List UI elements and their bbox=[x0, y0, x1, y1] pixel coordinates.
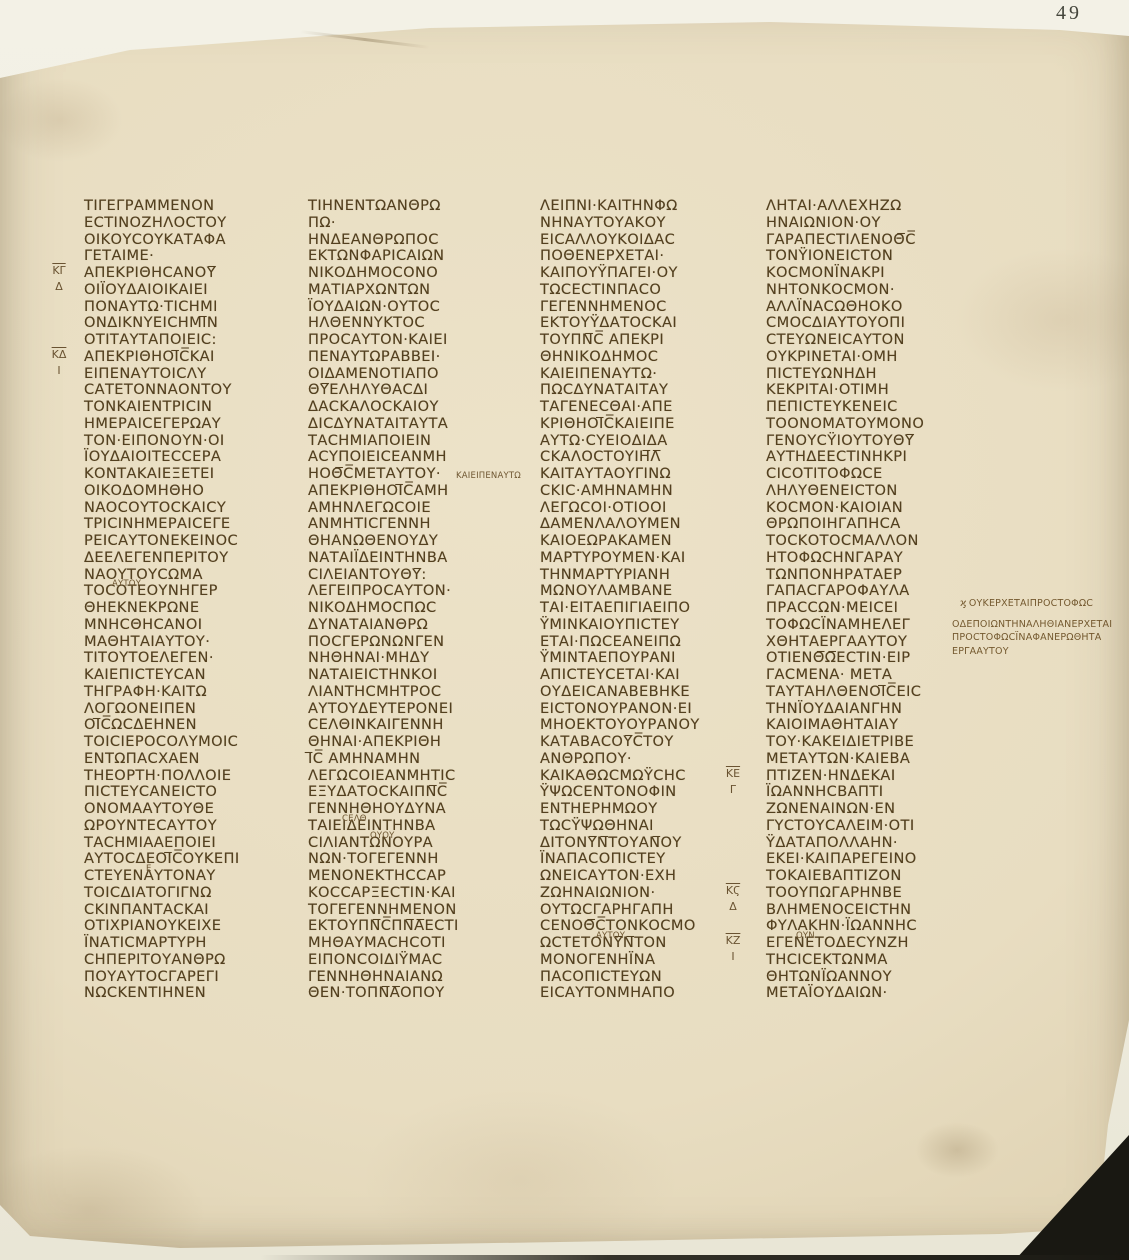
canon-number: Δ bbox=[718, 899, 748, 915]
text-line: ΠΙCΤΕΥΩΝΗΔΗ bbox=[766, 366, 976, 383]
text-line: ΗΝΑΙΩΝΙΟΝ·ΟΥ bbox=[766, 215, 976, 232]
text-line: CΙΛΙΑΝΤΩΝΟΥΡΑΟΥΟΥ bbox=[308, 835, 518, 852]
interlinear-correction: ΑΥΤΟΥ bbox=[596, 928, 625, 945]
text-line: CΚΙΝΠΑΝΤΑCΚΑΙ bbox=[84, 902, 294, 919]
text-line: ΑΠΕΚΡΙΘΗCΑΝΟΥ̅ bbox=[84, 265, 294, 282]
text-line: ΠΤΙΖΕΝ·ΗΝΔΕΚΑΙ bbox=[766, 768, 976, 785]
text-line: ΟΝΟΜΑΑΥΤΟΥΘΕ bbox=[84, 801, 294, 818]
text-line: ΔΑCΚΑΛΟCΚΑΙΟΥ bbox=[308, 399, 518, 416]
text-line: CΜΟCΔΙΑΥΤΟΥΟΠΙ bbox=[766, 315, 976, 332]
text-line: ΜΑΘΗΤΑΙΑΥΤΟΥ· bbox=[84, 634, 294, 651]
text-line: ΟΤΙΕΝΘ̅Ω̅ΕCΤΙΝ·ΕΙΡ bbox=[766, 650, 976, 667]
text-line: ΑΥΤΟCΔΕΟΙ̅C̅ΟΥΚΕΠΙ bbox=[84, 851, 294, 868]
text-line: ΚΑΙΕΙΠΕΝΑΥΤΩ· bbox=[540, 366, 750, 383]
text-line: ΜΗΘΑΥΜΑCΗCΟΤΙ bbox=[308, 935, 518, 952]
text-line: ΤΡΙCΙΝΗΜΕΡΑΙCΕΓΕ bbox=[84, 516, 294, 533]
text-line: ΤΙΤΟΥΤΟΕΛΕΓΕΝ· bbox=[84, 650, 294, 667]
text-line: ΤΩCΫΨΩΘΗΝΑΙ bbox=[540, 818, 750, 835]
text-line: ΤΙΗΝΕΝΤΩΑΝΘΡΩ bbox=[308, 198, 518, 215]
eusebian-section-mark: ΚΖΙ bbox=[718, 933, 748, 965]
text-line: ΝΑΟCΟΥΤΟCΚΑΙCΥ bbox=[84, 500, 294, 517]
text-line: ΡΕΙCΑΥΤΟΝΕΚΕΙΝΟC bbox=[84, 533, 294, 550]
text-line: ΓΕΝΝΗΘΗΟΥΔΥΝΑ bbox=[308, 801, 518, 818]
text-line: ΓΕΓΕΝΝΗΜΕΝΟC bbox=[540, 299, 750, 316]
insertion-mark: ϗ bbox=[960, 598, 967, 609]
manuscript-photograph: 49 ΤΙΓΕΓΡΑΜΜΕΝΟΝΕCΤΙΝΟΖΗΛΟCΤΟΥΟΙΚΟΥCΟΥΚΑ… bbox=[0, 0, 1129, 1260]
text-line: ΝΩΝ·ΤΟΓΕΓΕΝΝΗ bbox=[308, 851, 518, 868]
text-line: ΑΜΗΝΛΕΓΩCΟΙΕ bbox=[308, 500, 518, 517]
text-line: ΕΙCΑΛΛΟΥΚΟΙΔΑC bbox=[540, 232, 750, 249]
text-line: ΗΝΔΕΑΝΘΡΩΠΟC bbox=[308, 232, 518, 249]
text-line: ΜΕΤΑΪΟΥΔΑΙΩΝ· bbox=[766, 985, 976, 1002]
text-line: CΚΑΛΟCΤΟΥΙΗ̅Λ̅ bbox=[540, 449, 750, 466]
text-line: ΝΑΤΑΙΪΔΕΙΝΤΗΝΒΑ bbox=[308, 550, 518, 567]
text-line: ΪΝΑΤΙCΜΑΡΤΥΡΗ bbox=[84, 935, 294, 952]
text-line: ΑΥΤΟΥΔΕΥΤΕΡΟΝΕΙ bbox=[308, 701, 518, 718]
text-line: ΤΑΙ·ΕΙΤΑΕΠΙΓΙΑΕΙΠΟ bbox=[540, 600, 750, 617]
text-line: ΠΙCΤΕΥCΑΝΕΙCΤΟ bbox=[84, 784, 294, 801]
text-line: ΛΕΓΩCΟΙΕΑΝΜΗΤΙC bbox=[308, 768, 518, 785]
eusebian-section-mark: ΚΓΔ bbox=[44, 263, 74, 295]
interlinear-correction: Ε bbox=[146, 861, 152, 878]
text-line: ΤΟΝ·ΕΙΠΟΝΟΥΝ·ΟΙ bbox=[84, 433, 294, 450]
text-line: ΑΛΛΪΝΑCΩΘΗΟΚΟ bbox=[766, 299, 976, 316]
text-line: ΚΕΚΡΙΤΑΙ·ΟΤΙΜΗ bbox=[766, 382, 976, 399]
section-number: ΚΔ bbox=[44, 347, 74, 363]
text-line: ΚΑΙΟΕΩΡΑΚΑΜΕΝ bbox=[540, 533, 750, 550]
text-line: CΕΛΘΙΝΚΑΙΓΕΝΝΗ bbox=[308, 717, 518, 734]
text-line: ΤΙΓΕΓΡΑΜΜΕΝΟΝ bbox=[84, 198, 294, 215]
corrector-note-line: ΟΔΕΠΟΙΩΝΤΗΝΑΛΗΘΙΑΝΕΡΧΕΤΑΙ bbox=[952, 618, 1128, 632]
text-line: ΖΩΝΕΝΑΙΝΩΝ·ΕΝ bbox=[766, 801, 976, 818]
text-line: ΑΠΙCΤΕΥCΕΤΑΙ·ΚΑΙ bbox=[540, 667, 750, 684]
text-line: ΚΟCCΑΡΞΕCΤΙΝ·ΚΑΙ bbox=[308, 885, 518, 902]
text-line: ΟΤΙΧΡΙΑΝΟΥΚΕΙΧΕ bbox=[84, 918, 294, 935]
text-line: ΟΙ̅C̅ΩCΔΕΗΝΕΝ bbox=[84, 717, 294, 734]
text-line: ΑCΥΠΟΙΕΙCΕΑΝΜΗ bbox=[308, 449, 518, 466]
interlinear-correction: ΟΥΟΥ bbox=[370, 828, 395, 845]
text-line: ΟΥΚΡΙΝΕΤΑΙ·ΟΜΗ bbox=[766, 349, 976, 366]
text-line: ΕΝΤΩΠΑCΧΑΕΝ bbox=[84, 751, 294, 768]
text-line: ΝΗΘΗΝΑΙ·ΜΗΔΥ bbox=[308, 650, 518, 667]
photo-background-edge bbox=[260, 1255, 1129, 1260]
text-line: ΤΑΓΕΝΕCΘΑΙ·ΑΠΕ bbox=[540, 399, 750, 416]
text-line: ΜΗΟΕΚΤΟΥΟΥΡΑΝΟΥ bbox=[540, 717, 750, 734]
canon-number: Γ bbox=[718, 782, 748, 798]
text-line: ΤΟΝΫΙΟΝΕΙCΤΟΝ bbox=[766, 248, 976, 265]
text-line: ΝΗΝΑΥΤΟΥΑΚΟΥ bbox=[540, 215, 750, 232]
corrector-note-line: ΠΡΟCΤΟΦΩCΪΝΑΦΑΝΕΡΩΘΗΤΑ bbox=[952, 631, 1128, 645]
text-line: ΚΑΙΠΟΥΫΠΑΓΕΙ·ΟΥ bbox=[540, 265, 750, 282]
text-line: ΓΥCΤΟΥCΑΛΕΙΜ·ΟΤΙ bbox=[766, 818, 976, 835]
text-line: CΚΙC·ΑΜΗΝΑΜΗΝ bbox=[540, 483, 750, 500]
text-line: ΗΛΘΕΝΝΥΚΤΟC bbox=[308, 315, 518, 332]
text-line: ΗΜΕΡΑΙCΕΓΕΡΩΑΥ bbox=[84, 416, 294, 433]
text-line: ΝΙΚΟΔΗΜΟCΠΩC bbox=[308, 600, 518, 617]
text-line: ΒΛΗΜΕΝΟCΕΙCΤΗΝ bbox=[766, 902, 976, 919]
text-line: ΟΙΪΟΥΔΑΙΟΙΚΑΙΕΙ bbox=[84, 282, 294, 299]
text-line: ΤΟΥ·ΚΑΚΕΙΔΙΕΤΡΙΒΕ bbox=[766, 734, 976, 751]
text-line: Ι̅C̅ ΑΜΗΝΑΜΗΝ bbox=[308, 751, 518, 768]
text-line: ΤΗΝΜΑΡΤΥΡΙΑΝΗ bbox=[540, 567, 750, 584]
text-column-3: ΛΕΙΠΝΙ·ΚΑΙΤΗΝΦΩΝΗΝΑΥΤΟΥΑΚΟΥΕΙCΑΛΛΟΥΚΟΙΔΑ… bbox=[540, 198, 750, 1002]
text-line: CΙCΟΤΙΤΟΦΩCΕ bbox=[766, 466, 976, 483]
text-line: ΛΕΓΩCΟΙ·ΟΤΙΟΟΙ bbox=[540, 500, 750, 517]
text-line: ΟΤΙΤΑΥΤΑΠΟΙΕΙC: bbox=[84, 332, 294, 349]
text-line: ΕΚΕΙ·ΚΑΙΠΑΡΕΓΕΙΝΟ bbox=[766, 851, 976, 868]
text-line: ΠΟCΓΕΡΩΝΩΝΓΕΝ bbox=[308, 634, 518, 651]
text-line: ΫΜΙΝΤΑΕΠΟΥΡΑΝΙ bbox=[540, 650, 750, 667]
text-line: ΕΚΤΩΝΦΑΡΙCΑΙΩΝ bbox=[308, 248, 518, 265]
text-line: ΠΩ· bbox=[308, 215, 518, 232]
text-line: ΗΤΟΦΩCΗΝΓΑΡΑΥ bbox=[766, 550, 976, 567]
text-line: ΤΑCΗΜΙΑΠΟΙΕΙΝ bbox=[308, 433, 518, 450]
text-line: ΪΟΥΔΑΙΩΝ·ΟΥΤΟC bbox=[308, 299, 518, 316]
text-line: ΑΠΕΚΡΙΘΗΟΙ̅C̅ΚΑΙ bbox=[84, 349, 294, 366]
text-line: ΠΡΟCΑΥΤΟΝ·ΚΑΙΕΙ bbox=[308, 332, 518, 349]
text-line: ΘΡΩΠΟΙΗΓΑΠΗCΑ bbox=[766, 516, 976, 533]
text-line: ΚΟCΜΟΝΪΝΑΚΡΙ bbox=[766, 265, 976, 282]
canon-number: Ι bbox=[718, 949, 748, 965]
text-line: ΓΑCΜΕΝΑ· ΜΕΤΑ bbox=[766, 667, 976, 684]
text-column-2: ΤΙΗΝΕΝΤΩΑΝΘΡΩΠΩ·ΗΝΔΕΑΝΘΡΩΠΟCΕΚΤΩΝΦΑΡΙCΑΙ… bbox=[308, 198, 518, 1002]
text-line: ΓΕΝΝΗΘΗΝΑΙΑΝΩ bbox=[308, 969, 518, 986]
section-number: ΚΓ bbox=[44, 263, 74, 279]
text-line: ΤΗΝΪΟΥΔΑΙΑΝΓΗΝ bbox=[766, 701, 976, 718]
text-line: ΚΡΙΘΗΟΙ̅C̅ΚΑΙΕΙΠΕ bbox=[540, 416, 750, 433]
text-line: ΛΕΙΠΝΙ·ΚΑΙΤΗΝΦΩ bbox=[540, 198, 750, 215]
text-line: ΗΟΘ̅C̅ΜΕΤΑΥΤΟΥ·ΚΑΙΕΙΠΕΝΑΥΤΩ bbox=[308, 466, 518, 483]
text-line: CΤΕΥΩΝΕΙCΑΥΤΟΝ bbox=[766, 332, 976, 349]
text-line: ΤΑCΗΜΙΑΑΕΠΟΙΕΙ bbox=[84, 835, 294, 852]
text-line: ΪΝΑΠΑCΟΠΙCΤΕΥ bbox=[540, 851, 750, 868]
text-line: ΝΑΤΑΙΕΙCΤΗΝΚΟΙ bbox=[308, 667, 518, 684]
text-line: ΚΑΙΤΑΥΤΑΟΥΓΙΝΩ bbox=[540, 466, 750, 483]
text-line: ΤΗΕΟΡΤΗ·ΠΟΛΛΟΙΕ bbox=[84, 768, 294, 785]
text-line: ΤΟCΚΟΤΟCΜΑΛΛΟΝ bbox=[766, 533, 976, 550]
text-line: ΟΝΔΙΚΝΥΕΙCΗΜΙ̅Ν bbox=[84, 315, 294, 332]
text-line: ΠΑCΟΠΙCΤΕΥΩΝ bbox=[540, 969, 750, 986]
text-line: ΑΥΤΩ·CΥΕΙΟΔΙΔΑ bbox=[540, 433, 750, 450]
text-line: CΗΠΕΡΙΤΟΥΑΝΘΡΩ bbox=[84, 952, 294, 969]
folio-page-number: 49 bbox=[1056, 2, 1082, 25]
eusebian-section-mark: ΚΕΓ bbox=[718, 766, 748, 798]
text-line: ΠΩCΔΥΝΑΤΑΙΤΑΥ bbox=[540, 382, 750, 399]
text-line: ΧΘΗΤΑΕΡΓΑΑΥΤΟΥ bbox=[766, 634, 976, 651]
text-line: ΔΕΕΛΕΓΕΝΠΕΡΙΤΟΥ bbox=[84, 550, 294, 567]
text-line: ΕΙΠΟΝCΟΙΔΙΫΜΑC bbox=[308, 952, 518, 969]
section-number: ΚΕ bbox=[718, 766, 748, 782]
text-line: ΜΕΝΟΝΕΚΤΗCCΑΡ bbox=[308, 868, 518, 885]
text-line: ΑΝΜΗΤΙCΓΕΝΝΗ bbox=[308, 516, 518, 533]
text-column-4: ΛΗΤΑΙ·ΑΛΛΕΧΗΖΩΗΝΑΙΩΝΙΟΝ·ΟΥΓΑΡΑΠΕCΤΙΛΕΝΟΘ… bbox=[766, 198, 976, 1002]
canon-number: Ι bbox=[44, 363, 74, 379]
section-number: ΚΖ bbox=[718, 933, 748, 949]
text-line: ΕΓΕΝΕΤΟΔΕCΥΝΖΗΟΥΝ bbox=[766, 935, 976, 952]
text-line: ΕΞΥΔΑΤΟCΚΑΙΠΝ̅C̅ bbox=[308, 784, 518, 801]
eusebian-section-mark: ΚϚΔ bbox=[718, 883, 748, 915]
text-line: ΓΕΝΟΥCΫΙΟΥΤΟΥΘΥ̅ bbox=[766, 433, 976, 450]
text-line: ΕΚΤΟΥΫΔΑΤΟCΚΑΙ bbox=[540, 315, 750, 332]
text-line: ΜΩΝΟΥΛΑΜΒΑΝΕ bbox=[540, 583, 750, 600]
text-line: ΔΙCΔΥΝΑΤΑΙΤΑΥΤΑ bbox=[308, 416, 518, 433]
text-line: ΛΕΓΕΙΠΡΟCΑΥΤΟΝ· bbox=[308, 583, 518, 600]
text-line: ΤΟΚΑΙΕΒΑΠΤΙΖΟΝ bbox=[766, 868, 976, 885]
text-line: ΠΕΠΙCΤΕΥΚΕΝΕΙC bbox=[766, 399, 976, 416]
text-line: ΘΕΝ·ΤΟΠΝ̅Α̅ΟΠΟΥ bbox=[308, 985, 518, 1002]
text-line: ΛΗΤΑΙ·ΑΛΛΕΧΗΖΩ bbox=[766, 198, 976, 215]
text-line: ΩΡΟΥΝΤΕCΑΥΤΟΥ bbox=[84, 818, 294, 835]
text-line: ΟΙΔΑΜΕΝΟΤΙΑΠΟ bbox=[308, 366, 518, 383]
text-line: ΕΝΤΗΕΡΗΜΩΟΥ bbox=[540, 801, 750, 818]
text-line: ΘΗΤΩΝΪΩΑΝΝΟΥ bbox=[766, 969, 976, 986]
text-line: ΤΟΝΚΑΙΕΝΤΡΙCΙΝ bbox=[84, 399, 294, 416]
text-line: ΪΟΥΔΑΙΟΙΤΕCCΕΡΑ bbox=[84, 449, 294, 466]
text-line: ΘΗΑΝΩΘΕΝΟΥΔΥ bbox=[308, 533, 518, 550]
text-line: ΠΟΥΑΥΤΟCΓΑΡΕΓΙ bbox=[84, 969, 294, 986]
text-line: ΕΙΠΕΝΑΥΤΟΙCΛΥ bbox=[84, 366, 294, 383]
text-line: ΚΑΤΑΒΑCΟΥ̅C̅ΤΟΥ bbox=[540, 734, 750, 751]
text-column-1: ΤΙΓΕΓΡΑΜΜΕΝΟΝΕCΤΙΝΟΖΗΛΟCΤΟΥΟΙΚΟΥCΟΥΚΑΤΑΦ… bbox=[84, 198, 294, 1002]
text-line: ΑΠΕΚΡΙΘΗΟΙ̅C̅ΑΜΗ bbox=[308, 483, 518, 500]
text-line: ΤΑΙΕΙΔΕΙΝΤΗΝΒΑCΕΛΘ bbox=[308, 818, 518, 835]
text-line: ΕΙCΤΟΝΟΥΡΑΝΟΝ·ΕΙ bbox=[540, 701, 750, 718]
canon-number: Δ bbox=[44, 279, 74, 295]
text-line: ΠΟΝΑΥΤΩ·ΤΙCΗΜΙ bbox=[84, 299, 294, 316]
text-line: ΟΥΔΕΙCΑΝΑΒΕΒΗΚΕ bbox=[540, 684, 750, 701]
text-line: ΠΡΑCCΩΝ·ΜΕΙCΕΙ bbox=[766, 600, 976, 617]
text-line: ΤΟΓΕΓΕΝΝΗΜΕΝΟΝ bbox=[308, 902, 518, 919]
corrector-note-line: ΕΡΓΑΑΥΤΟΥ bbox=[952, 645, 1128, 659]
text-line: ΛΗΛΥΘΕΝΕΙCΤΟΝ bbox=[766, 483, 976, 500]
text-line: ΔΑΜΕΝΛΑΛΟΥΜΕΝ bbox=[540, 516, 750, 533]
text-line: ΘΗΝΑΙ·ΑΠΕΚΡΙΘΗ bbox=[308, 734, 518, 751]
text-line: CΤΕΥΕΝΑΥΤΟΝΑΥΕ bbox=[84, 868, 294, 885]
text-line: ΠΕΝΑΥΤΩΡΑΒΒΕΙ· bbox=[308, 349, 518, 366]
text-line: ΟΙΚΟΥCΟΥΚΑΤΑΦΑ bbox=[84, 232, 294, 249]
text-line: ΤΟΙCΙΕΡΟCΟΛΥΜΟΙC bbox=[84, 734, 294, 751]
text-line: ΤΟΦΩCΪΝΑΜΗΕΛΕΓ bbox=[766, 617, 976, 634]
text-line: ΚΟCΜΟΝ·ΚΑΙΟΙΑΝ bbox=[766, 500, 976, 517]
text-line: ΜΕΤΑΥΤΩΝ·ΚΑΙΕΒΑ bbox=[766, 751, 976, 768]
section-number: ΚϚ bbox=[718, 883, 748, 899]
text-line: ΕΚΤΟΥΠΝ̅C̅ΠΝ̅Α̅ΕCΤΙ bbox=[308, 918, 518, 935]
text-line: CΙΛΕΙΑΝΤΟΥΘΥ̅: bbox=[308, 567, 518, 584]
text-line: ΤΟΟΝΟΜΑΤΟΥΜΟΝΟ bbox=[766, 416, 976, 433]
text-line: ΕΙCΑΥΤΟΝΜΗΑΠΟ bbox=[540, 985, 750, 1002]
text-line: ΓΑΠΑCΓΑΡΟΦΑΥΛΑ bbox=[766, 583, 976, 600]
text-line: ΔΙΤΟΝΥ̅Ν̅ΤΟΥΑΝ̅ΟΥ bbox=[540, 835, 750, 852]
text-line: ΘΗΝΙΚΟΔΗΜΟC bbox=[540, 349, 750, 366]
text-line: ΚΟΝΤΑΚΑΙΕΞΕΤΕΙ bbox=[84, 466, 294, 483]
text-line: ΜΑΤΙΑΡΧΩΝΤΩΝ bbox=[308, 282, 518, 299]
text-line: ΝΗΤΟΝΚΟCΜΟΝ· bbox=[766, 282, 976, 299]
text-line: ΘΗΕΚΝΕΚΡΩΝΕ bbox=[84, 600, 294, 617]
text-line: ΪΩΑΝΝΗCΒΑΠΤΙ bbox=[766, 784, 976, 801]
text-line: ΘΥ̅ΕΛΗΛΥΘΑCΔΙ bbox=[308, 382, 518, 399]
text-line: ΜΝΗCΘΗCΑΝΟΙ bbox=[84, 617, 294, 634]
text-line: ΤΗΓΡΑΦΗ·ΚΑΙΤΩ bbox=[84, 684, 294, 701]
corrector-note-line: ΟΥΚΕΡΧΕΤΑΙΠΡΟCΤΟΦΩC bbox=[969, 598, 1093, 609]
text-line: ΓΑΡΑΠΕCΤΙΛΕΝΟΘ̅C̅ bbox=[766, 232, 976, 249]
text-line: ΟΙΚΟΔΟΜΗΘΗΟ bbox=[84, 483, 294, 500]
corrector-margin-note: ϗΟΥΚΕΡΧΕΤΑΙΠΡΟCΤΟΦΩC ΟΔΕΠΟΙΩΝΤΗΝΑΛΗΘΙΑΝΕ… bbox=[952, 597, 1128, 658]
text-line: ΤΩΝΠΟΝΗΡΑΤΑΕΡ bbox=[766, 567, 976, 584]
text-line: ΤΟΟΥΠΩΓΑΡΗΝΒΕ bbox=[766, 885, 976, 902]
text-line: ΤΩCΕCΤΙΝΠΑCΟ bbox=[540, 282, 750, 299]
text-line: ΤΟΙCΔΙΑΤΟΓΙΓΝΩ bbox=[84, 885, 294, 902]
text-line: ΤΟCΟΤΕΟΥΝΗΓΕΡΑΥΤΟΥ bbox=[84, 583, 294, 600]
text-line: ΑΥΤΗΔΕΕCΤΙΝΗΚΡΙ bbox=[766, 449, 976, 466]
interlinear-correction: ΑΥΤΟΥ bbox=[112, 576, 141, 593]
text-line: ΫΜΙΝΚΑΙΟΥΠΙCΤΕΥ bbox=[540, 617, 750, 634]
text-line: ΠΟΘΕΝΕΡΧΕΤΑΙ· bbox=[540, 248, 750, 265]
eusebian-section-mark: ΚΔΙ bbox=[44, 347, 74, 379]
text-line: ΤΟΥΠΝ̅C̅ ΑΠΕΚΡΙ bbox=[540, 332, 750, 349]
text-line: ΤΑΥΤΑΗΛΘΕΝΟΙ̅C̅ΕΙC bbox=[766, 684, 976, 701]
text-line: ΕCΤΙΝΟΖΗΛΟCΤΟΥ bbox=[84, 215, 294, 232]
text-line: ΛΟΓΩΟΝΕΙΠΕΝ bbox=[84, 701, 294, 718]
text-line: CΑΤΕΤΟΝΝΑΟΝΤΟΥ bbox=[84, 382, 294, 399]
text-line: ΝΩCΚΕΝΤΙΗΝΕΝ bbox=[84, 985, 294, 1002]
text-line: ΔΥΝΑΤΑΙΑΝΘΡΩ bbox=[308, 617, 518, 634]
text-line: ΛΙΑΝΤΗCΜΗΤΡΟC bbox=[308, 684, 518, 701]
text-line: ΚΑΙΕΠΙCΤΕΥCΑΝ bbox=[84, 667, 294, 684]
text-line: ΝΙΚΟΔΗΜΟCΟΝΟ bbox=[308, 265, 518, 282]
text-line: ΤΗCΙCΕΚΤΩΝΜΑ bbox=[766, 952, 976, 969]
text-line: ΫΔΑΤΑΠΟΛΛΑΗΝ· bbox=[766, 835, 976, 852]
text-line: ΚΑΙΟΙΜΑΘΗΤΑΙΑΥ bbox=[766, 717, 976, 734]
interlinear-correction: ΟΥΝ bbox=[796, 928, 815, 945]
text-line: ΜΑΡΤΥΡΟΥΜΕΝ·ΚΑΙ bbox=[540, 550, 750, 567]
text-line: ΕΤΑΙ·ΠΩCΕΑΝΕΙΠΩ bbox=[540, 634, 750, 651]
text-line: ΓΕΤΑΙΜΕ· bbox=[84, 248, 294, 265]
interlinear-correction: CΕΛΘ bbox=[342, 811, 367, 828]
